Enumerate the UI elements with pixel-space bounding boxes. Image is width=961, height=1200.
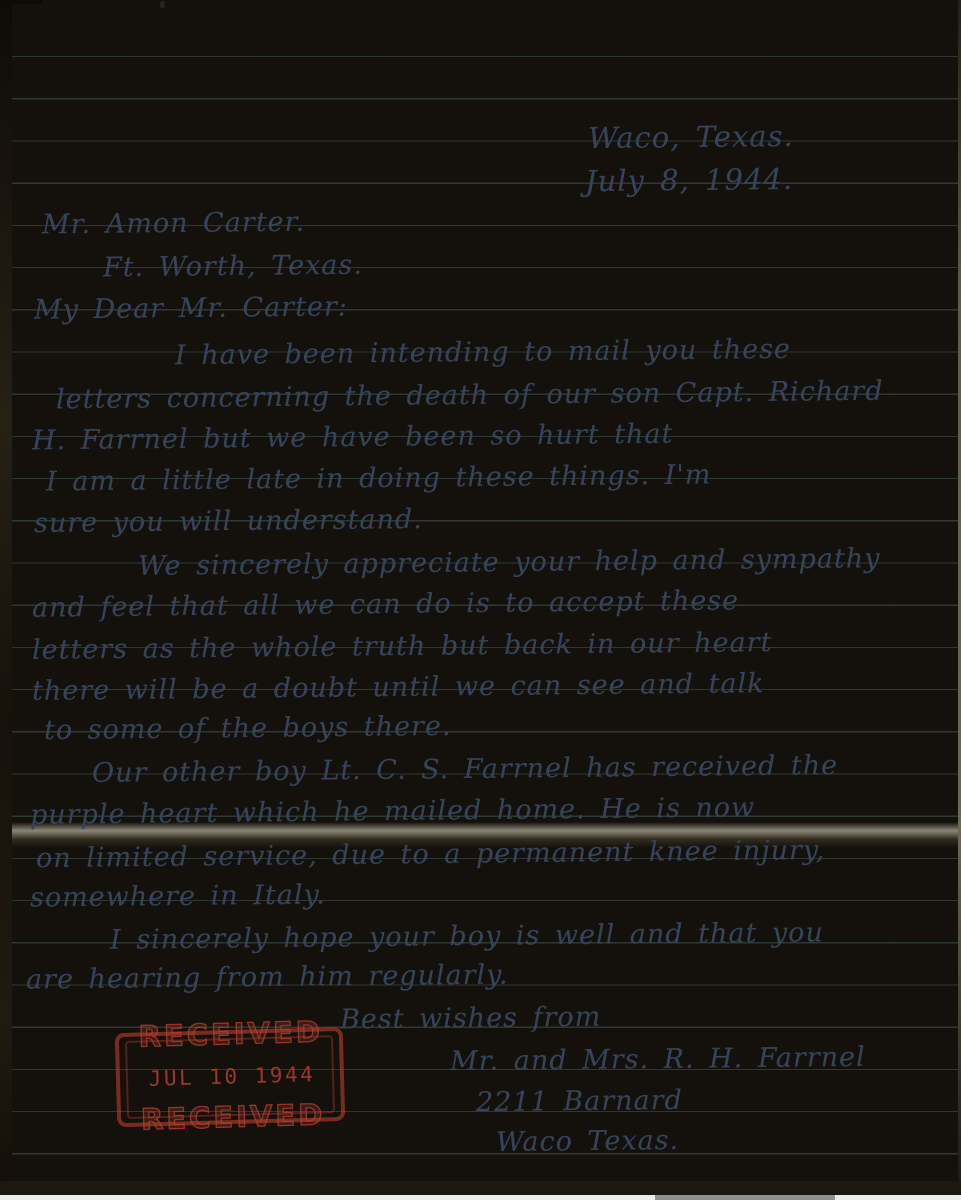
body-line: sure you will understand. <box>34 504 423 539</box>
stamp-date: JUL 10 1944 <box>148 1062 315 1091</box>
ink-speck <box>160 1 165 8</box>
stamp-word-top: RECEIVED <box>138 1017 323 1051</box>
body-line: I have been intending to mail you these <box>175 334 791 371</box>
letter-scan-page: { "letter": { "heading": { "place": "Wac… <box>0 0 961 1200</box>
body-line: to some of the boys there. <box>44 711 452 746</box>
scan-edge-top <box>0 0 42 4</box>
signature-city: Waco Texas. <box>496 1125 679 1158</box>
heading-date: July 8, 1944. <box>585 162 793 198</box>
signature-address: 2211 Barnard <box>476 1085 683 1118</box>
recipient-name: Mr. Amon Carter. <box>42 207 305 241</box>
scan-band-bottom <box>0 1181 961 1195</box>
recipient-address: Ft. Worth, Texas. <box>103 250 363 284</box>
scan-strip-gray <box>655 1195 835 1200</box>
signature: Mr. and Mrs. R. H. Farrnel <box>450 1042 866 1077</box>
stamp-word-bottom: RECEIVED <box>141 1100 326 1134</box>
scan-edge-left <box>0 0 12 1200</box>
closing-line: Best wishes from <box>340 1002 602 1036</box>
received-stamp: RECEIVED JUL 10 1944 RECEIVED <box>108 1017 355 1138</box>
heading-place: Waco, Texas. <box>588 119 794 155</box>
body-line: somewhere in Italy. <box>30 879 326 913</box>
body-line: are hearing from him regularly. <box>26 959 509 995</box>
salutation: My Dear Mr. Carter: <box>34 291 348 325</box>
